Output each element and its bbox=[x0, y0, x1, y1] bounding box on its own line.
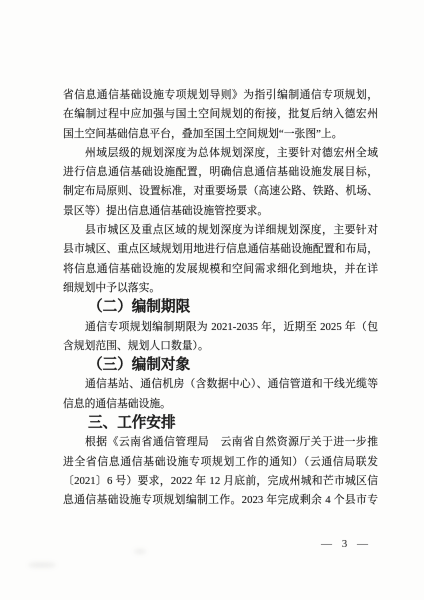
text-line: 进全省信息通信基础设施专项规划工作的通知）（云通信局联发 bbox=[63, 453, 378, 472]
text-line: 含规划范围、规划人口数量）。 bbox=[63, 337, 378, 356]
document-page: 省信息通信基础设施专项规划导则》为指引编制通信专项规划，在编制过程中应加强与国土… bbox=[0, 0, 424, 600]
text-line: 息通信基础设施专项规划编制工作。2023 年完成剩余 4 个县市专 bbox=[63, 491, 378, 510]
section-heading: 三、工作安排 bbox=[63, 414, 378, 433]
text-line: 国土空间基础信息平台，叠加至国土空间规划“一张图”上。 bbox=[63, 125, 378, 144]
document-body: 省信息通信基础设施专项规划导则》为指引编制通信专项规划，在编制过程中应加强与国土… bbox=[63, 86, 378, 511]
text-line: 省信息通信基础设施专项规划导则》为指引编制通信专项规划， bbox=[63, 86, 378, 105]
text-line: 〔2021〕6 号）要求，2022 年 12 月底前，完成州城和芒市城区信 bbox=[63, 472, 378, 491]
page-number: — 3 — bbox=[321, 538, 368, 550]
scan-smudge bbox=[134, 549, 146, 554]
text-line: 县市城区、重点区域规划用地进行信息通信基础设施配置和布局， bbox=[63, 240, 378, 259]
text-line: 州域层级的规划深度为总体规划深度，主要针对德宏州全域 bbox=[63, 144, 378, 163]
text-line: 景区等）提出信息通信基础设施管控要求。 bbox=[63, 202, 378, 221]
text-line: 将信息通信基础设施的发展规模和空间需求细化到地块，并在详 bbox=[63, 260, 378, 279]
text-line: 通信专项规划编制期限为 2021-2035 年，近期至 2025 年（包 bbox=[63, 318, 378, 337]
text-line: 进行信息通信基础设施配置，明确信息通信基础设施发展目标， bbox=[63, 163, 378, 182]
text-line: 在编制过程中应加强与国土空间规划的衔接，批复后纳入德宏州 bbox=[63, 105, 378, 124]
text-line: 根据《云南省通信管理局 云南省自然资源厅关于进一步推 bbox=[63, 433, 378, 452]
text-line: 信息的通信基础设施。 bbox=[63, 395, 378, 414]
scan-smudge bbox=[28, 562, 56, 568]
section-heading: （二）编制期限 bbox=[63, 298, 378, 317]
text-line: 通信基站、通信机房（含数据中心）、通信管道和干线光缆等 bbox=[63, 375, 378, 394]
text-line: 制定布局原则、设置标准，对重要场景（高速公路、铁路、机场、 bbox=[63, 182, 378, 201]
section-heading: （三）编制对象 bbox=[63, 356, 378, 375]
text-line: 县市城区及重点区域的规划深度为详细规划深度，主要针对 bbox=[63, 221, 378, 240]
text-line: 细规划中予以落实。 bbox=[63, 279, 378, 298]
